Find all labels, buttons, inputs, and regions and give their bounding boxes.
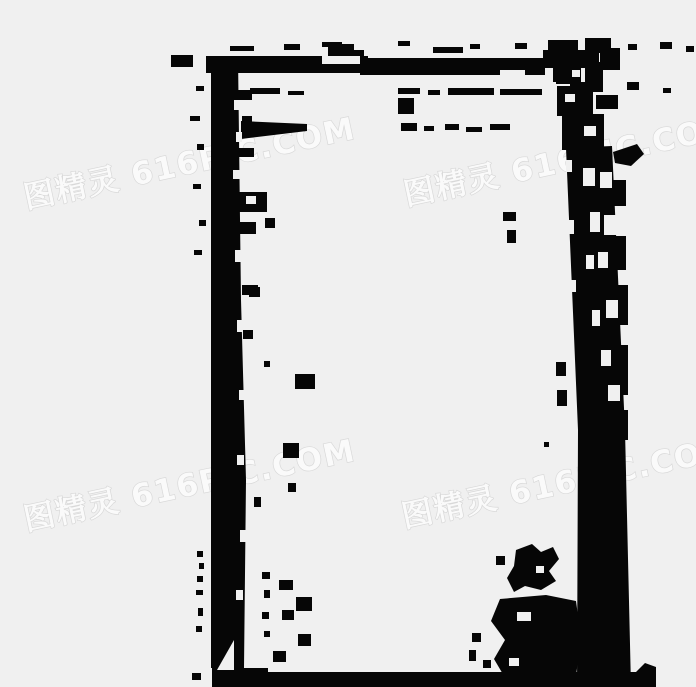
grunge-frame-image: 图精灵 616PIC.COM 图精灵 616PIC.COM 图精灵 616PIC… — [0, 0, 696, 687]
grunge-frame-svg: 图精灵 616PIC.COM 图精灵 616PIC.COM 图精灵 616PIC… — [0, 0, 696, 687]
